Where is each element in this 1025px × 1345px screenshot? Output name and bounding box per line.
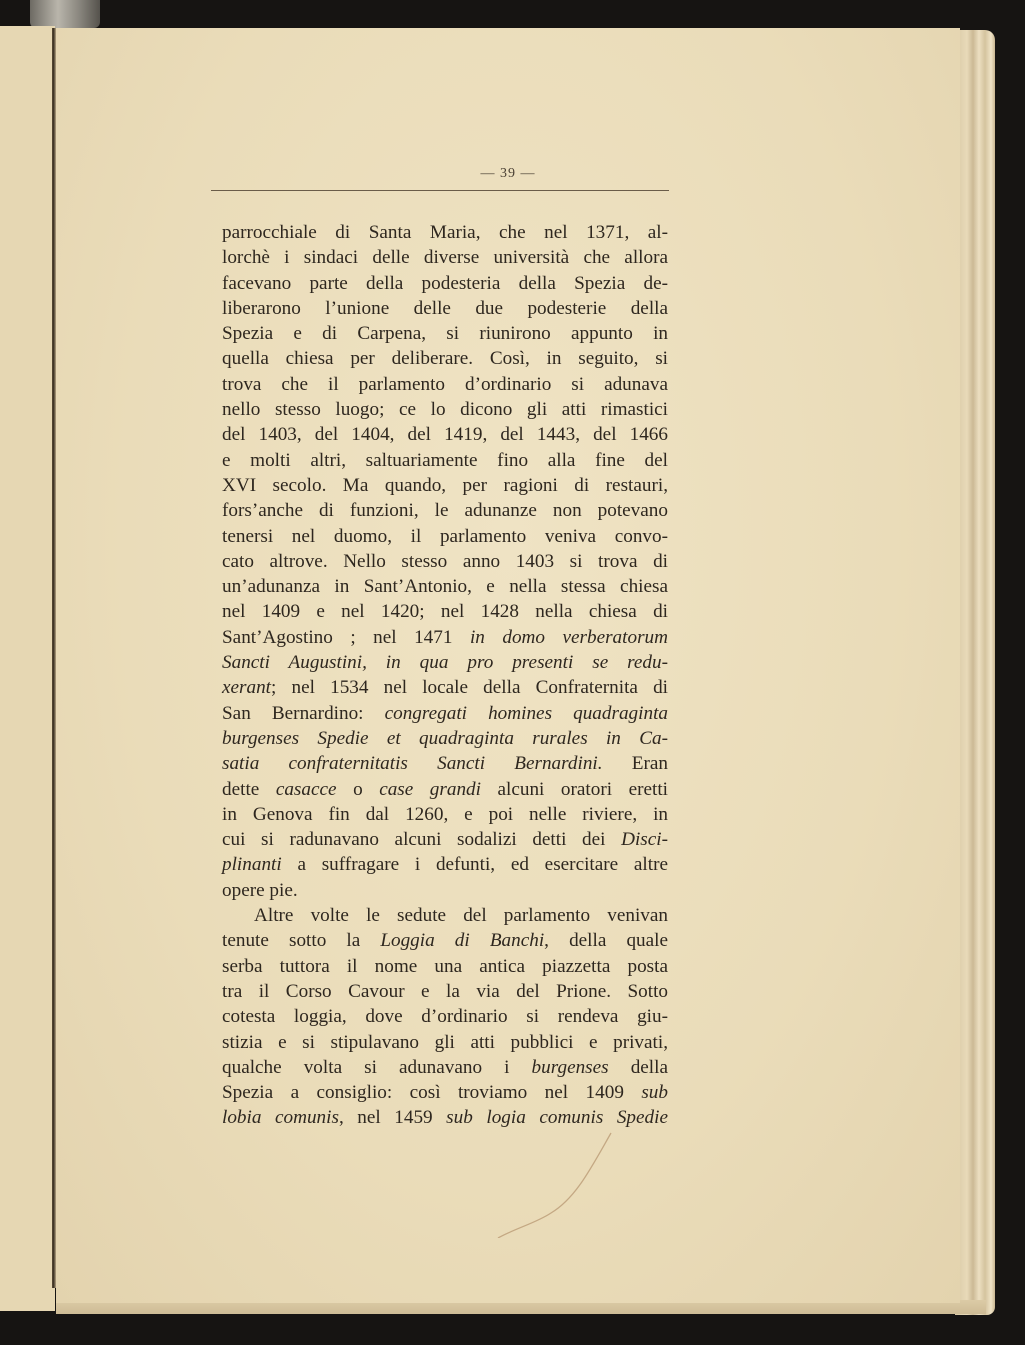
text-segment: fors’anche di funzioni, le adunanze non … xyxy=(222,500,668,521)
text-line: e molti altri, saltuariamente fino alla … xyxy=(222,448,668,473)
text-line: qualche volta si adunavano i burgenses d… xyxy=(222,1055,668,1080)
italic-text: case grandi xyxy=(379,779,481,800)
text-segment: quella chiesa per deliberare. Così, in s… xyxy=(222,348,668,369)
text-line: opere pie. xyxy=(222,878,668,903)
text-segment: XVI secolo. Ma quando, per ragioni di re… xyxy=(222,475,668,496)
text-segment: o xyxy=(337,779,380,800)
text-segment: San Bernardino: xyxy=(222,703,385,724)
text-segment: nello stesso luogo; ce lo dicono gli att… xyxy=(222,399,668,420)
text-segment: alcuni oratori eretti xyxy=(481,779,668,800)
text-segment: in Genova fin dal 1260, e poi nelle rivi… xyxy=(222,804,668,825)
text-line: lobia comunis, nel 1459 sub logia comuni… xyxy=(222,1105,668,1130)
text-segment: trova che il parlamento d’ordinario si a… xyxy=(222,374,668,395)
text-line: San Bernardino: congregati homines quadr… xyxy=(222,701,668,726)
text-line: un’adunanza in Sant’Antonio, e nella ste… xyxy=(222,574,668,599)
text-line: nello stesso luogo; ce lo dicono gli att… xyxy=(222,397,668,422)
page-stack-edge xyxy=(955,30,995,1315)
italic-text: sub xyxy=(641,1082,668,1103)
italic-text: burgenses Spedie et quadraginta rurales … xyxy=(222,728,668,749)
text-line: nel 1409 e nel 1420; nel 1428 nella chie… xyxy=(222,599,668,624)
previous-page-edge xyxy=(0,26,55,1311)
italic-text: satia confraternitatis Sancti Bernardini… xyxy=(222,753,603,774)
text-line: cotesta loggia, dove d’ordinario si rend… xyxy=(222,1004,668,1029)
book-gutter xyxy=(52,28,56,1288)
text-line: fors’anche di funzioni, le adunanze non … xyxy=(222,498,668,523)
text-line: Spezia e di Carpena, si riunirono appunt… xyxy=(222,321,668,346)
text-segment: cui si radunavano alcuni sodalizi detti … xyxy=(222,829,621,850)
text-segment: della xyxy=(609,1057,668,1078)
text-segment: e molti altri, saltuariamente fino alla … xyxy=(222,450,668,471)
binder-clip xyxy=(30,0,100,28)
italic-text: congregati homines quadraginta xyxy=(385,703,668,724)
text-segment: a suffragare i defunti, ed esercitare al… xyxy=(282,854,668,875)
italic-text: lobia comunis xyxy=(222,1107,339,1128)
text-line: plinanti a suffragare i defunti, ed eser… xyxy=(222,852,668,877)
text-line: in Genova fin dal 1260, e poi nelle rivi… xyxy=(222,802,668,827)
text-segment: tra il Corso Cavour e la via del Prione.… xyxy=(222,981,668,1002)
text-line: tra il Corso Cavour e la via del Prione.… xyxy=(222,979,668,1004)
text-line: cato altrove. Nello stesso anno 1403 si … xyxy=(222,549,668,574)
page-number: — 39 — xyxy=(56,166,960,182)
text-segment: serba tuttora il nome una antica piazzet… xyxy=(222,956,668,977)
italic-text: xerant xyxy=(222,677,271,698)
body-text: parrocchiale di Santa Maria, che nel 137… xyxy=(222,220,668,1131)
text-line: stizia e si stipulavano gli atti pubblic… xyxy=(222,1030,668,1055)
text-segment: qualche volta si adunavano i xyxy=(222,1057,532,1078)
text-segment: lorchè i sindaci delle diverse universit… xyxy=(222,247,668,268)
text-line: Altre volte le sedute del parlamento ven… xyxy=(222,903,668,928)
text-line: facevano parte della podesteria della Sp… xyxy=(222,271,668,296)
italic-text: plinanti xyxy=(222,854,282,875)
header-rule xyxy=(211,190,669,191)
italic-text: in domo verberatorum xyxy=(470,627,668,648)
text-segment: dette xyxy=(222,779,276,800)
text-segment: nel 1409 e nel 1420; nel 1428 nella chie… xyxy=(222,601,668,622)
text-line: trova che il parlamento d’ordinario si a… xyxy=(222,372,668,397)
italic-text: Loggia di Banchi xyxy=(380,930,544,951)
text-line: parrocchiale di Santa Maria, che nel 137… xyxy=(222,220,668,245)
text-segment: Spezia a consiglio: così troviamo nel 14… xyxy=(222,1082,641,1103)
text-line: satia confraternitatis Sancti Bernardini… xyxy=(222,751,668,776)
text-segment: facevano parte della podesteria della Sp… xyxy=(222,273,668,294)
text-line: Spezia a consiglio: così troviamo nel 14… xyxy=(222,1080,668,1105)
text-line: tenersi nel duomo, il parlamento veniva … xyxy=(222,524,668,549)
text-line: cui si radunavano alcuni sodalizi detti … xyxy=(222,827,668,852)
text-segment: tenute sotto la xyxy=(222,930,380,951)
italic-text: burgenses xyxy=(532,1057,609,1078)
text-segment: ; nel 1534 nel locale della Confraternit… xyxy=(271,677,668,698)
text-line: lorchè i sindaci delle diverse universit… xyxy=(222,245,668,270)
text-segment: Altre volte le sedute del parlamento ven… xyxy=(254,905,668,926)
text-line: xerant; nel 1534 nel locale della Confra… xyxy=(222,675,668,700)
italic-text: casacce xyxy=(276,779,337,800)
italic-text: Sancti Augustini, in qua pro presenti se… xyxy=(222,652,668,673)
text-segment: tenersi nel duomo, il parlamento veniva … xyxy=(222,526,668,547)
text-segment: un’adunanza in Sant’Antonio, e nella ste… xyxy=(222,576,668,597)
text-line: liberarono l’unione delle due podesterie… xyxy=(222,296,668,321)
text-segment: cato altrove. Nello stesso anno 1403 si … xyxy=(222,551,668,572)
text-line: dette casacce o case grandi alcuni orato… xyxy=(222,777,668,802)
text-line: tenute sotto la Loggia di Banchi, della … xyxy=(222,928,668,953)
text-line: XVI secolo. Ma quando, per ragioni di re… xyxy=(222,473,668,498)
text-segment: cotesta loggia, dove d’ordinario si rend… xyxy=(222,1006,668,1027)
text-segment: stizia e si stipulavano gli atti pubblic… xyxy=(222,1032,668,1053)
text-line: quella chiesa per deliberare. Così, in s… xyxy=(222,346,668,371)
text-segment: Spezia e di Carpena, si riunirono appunt… xyxy=(222,323,668,344)
text-segment: , della quale xyxy=(544,930,668,951)
paper-crease-mark xyxy=(496,1128,616,1238)
text-segment: liberarono l’unione delle due podesterie… xyxy=(222,298,668,319)
text-segment: del 1403, del 1404, del 1419, del 1443, … xyxy=(222,424,668,445)
italic-text: sub logia comunis Spedie xyxy=(446,1107,668,1128)
italic-text: Disci- xyxy=(621,829,668,850)
book-page: — 39 — parrocchiale di Santa Maria, che … xyxy=(56,28,960,1303)
text-line: del 1403, del 1404, del 1419, del 1443, … xyxy=(222,422,668,447)
text-segment: , nel 1459 xyxy=(339,1107,446,1128)
text-segment: parrocchiale di Santa Maria, che nel 137… xyxy=(222,222,668,243)
text-line: Sancti Augustini, in qua pro presenti se… xyxy=(222,650,668,675)
text-line: Sant’Agostino ; nel 1471 in domo verbera… xyxy=(222,625,668,650)
text-segment: opere pie. xyxy=(222,880,298,901)
text-line: burgenses Spedie et quadraginta rurales … xyxy=(222,726,668,751)
text-line: serba tuttora il nome una antica piazzet… xyxy=(222,954,668,979)
text-segment: Eran xyxy=(603,753,668,774)
text-segment: Sant’Agostino ; nel 1471 xyxy=(222,627,470,648)
